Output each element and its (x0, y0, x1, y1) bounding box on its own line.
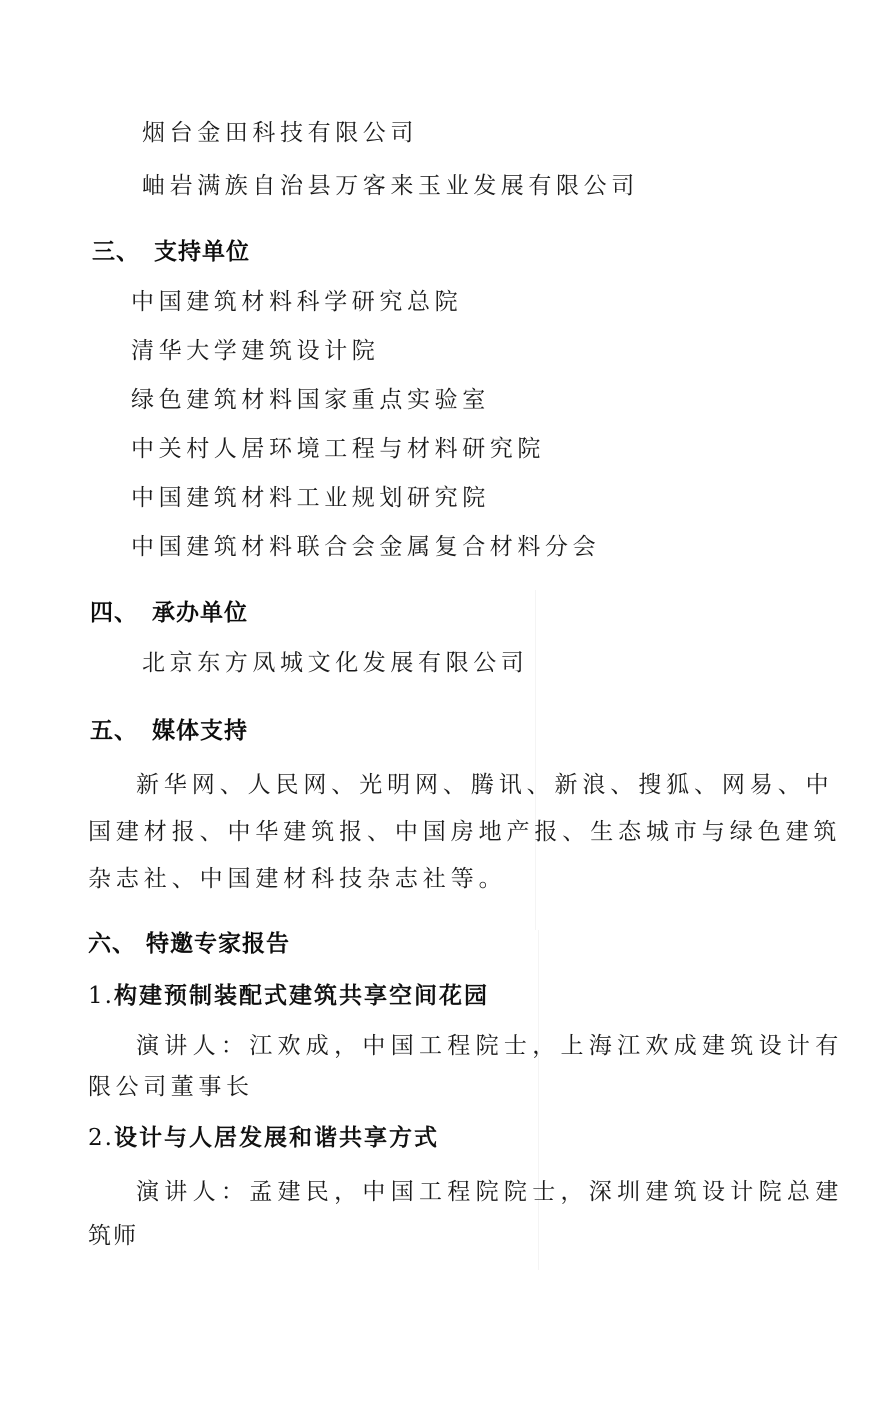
section-number: 三、 (92, 238, 154, 266)
report-title-text: 构建预制装配式建筑共享空间花园 (114, 983, 489, 1009)
scan-artifact-line (535, 590, 536, 930)
section-title: 承办单位 (152, 600, 248, 626)
company-item: 岫岩满族自治县万客来玉业发展有限公司 (142, 172, 639, 200)
section-heading-media: 五、媒体支持 (90, 717, 248, 745)
support-unit-item: 绿色建筑材料国家重点实验室 (131, 386, 490, 414)
document-page: 烟台金田科技有限公司 岫岩满族自治县万客来玉业发展有限公司 三、支持单位 中国建… (0, 0, 880, 1412)
support-unit-item: 中国建筑材料联合会金属复合材料分会 (131, 533, 600, 561)
section-number: 五、 (90, 717, 152, 745)
section-title: 媒体支持 (152, 718, 248, 744)
report-speaker-line: 筑师 (88, 1222, 138, 1250)
media-paragraph-line: 国建材报、中华建筑报、中国房地产报、生态城市与绿色建筑 (88, 818, 841, 846)
section-number: 四、 (90, 599, 152, 627)
support-unit-item: 清华大学建筑设计院 (131, 337, 379, 365)
organizer-item: 北京东方凤城文化发展有限公司 (142, 649, 528, 677)
report-index: 2. (88, 1124, 114, 1152)
media-paragraph-line: 新华网、人民网、光明网、腾讯、新浪、搜狐、网易、中 (136, 771, 834, 799)
company-item: 烟台金田科技有限公司 (142, 119, 418, 147)
support-unit-item: 中国建筑材料工业规划研究院 (131, 484, 490, 512)
section-number: 六、 (88, 930, 146, 958)
report-title: 2.设计与人居发展和谐共享方式 (88, 1124, 439, 1152)
section-heading-experts: 六、特邀专家报告 (88, 930, 290, 958)
report-title-text: 设计与人居发展和谐共享方式 (114, 1125, 439, 1151)
report-speaker-line: 演讲人：江欢成，中国工程院士，上海江欢成建筑设计有 (136, 1032, 844, 1060)
report-index: 1. (88, 982, 114, 1010)
report-speaker-line: 演讲人：孟建民，中国工程院院士，深圳建筑设计院总建 (136, 1178, 844, 1206)
section-title: 支持单位 (154, 239, 250, 265)
report-speaker-line: 限公司董事长 (88, 1073, 254, 1101)
section-heading-support: 三、支持单位 (92, 238, 250, 266)
support-unit-item: 中关村人居环境工程与材料研究院 (131, 435, 545, 463)
section-title: 特邀专家报告 (146, 931, 290, 957)
media-paragraph-line: 杂志社、中国建材科技杂志社等。 (88, 865, 507, 893)
scan-artifact-line (538, 930, 539, 1270)
report-title: 1.构建预制装配式建筑共享空间花园 (88, 982, 489, 1010)
section-heading-organizer: 四、承办单位 (90, 599, 248, 627)
support-unit-item: 中国建筑材料科学研究总院 (131, 288, 462, 316)
